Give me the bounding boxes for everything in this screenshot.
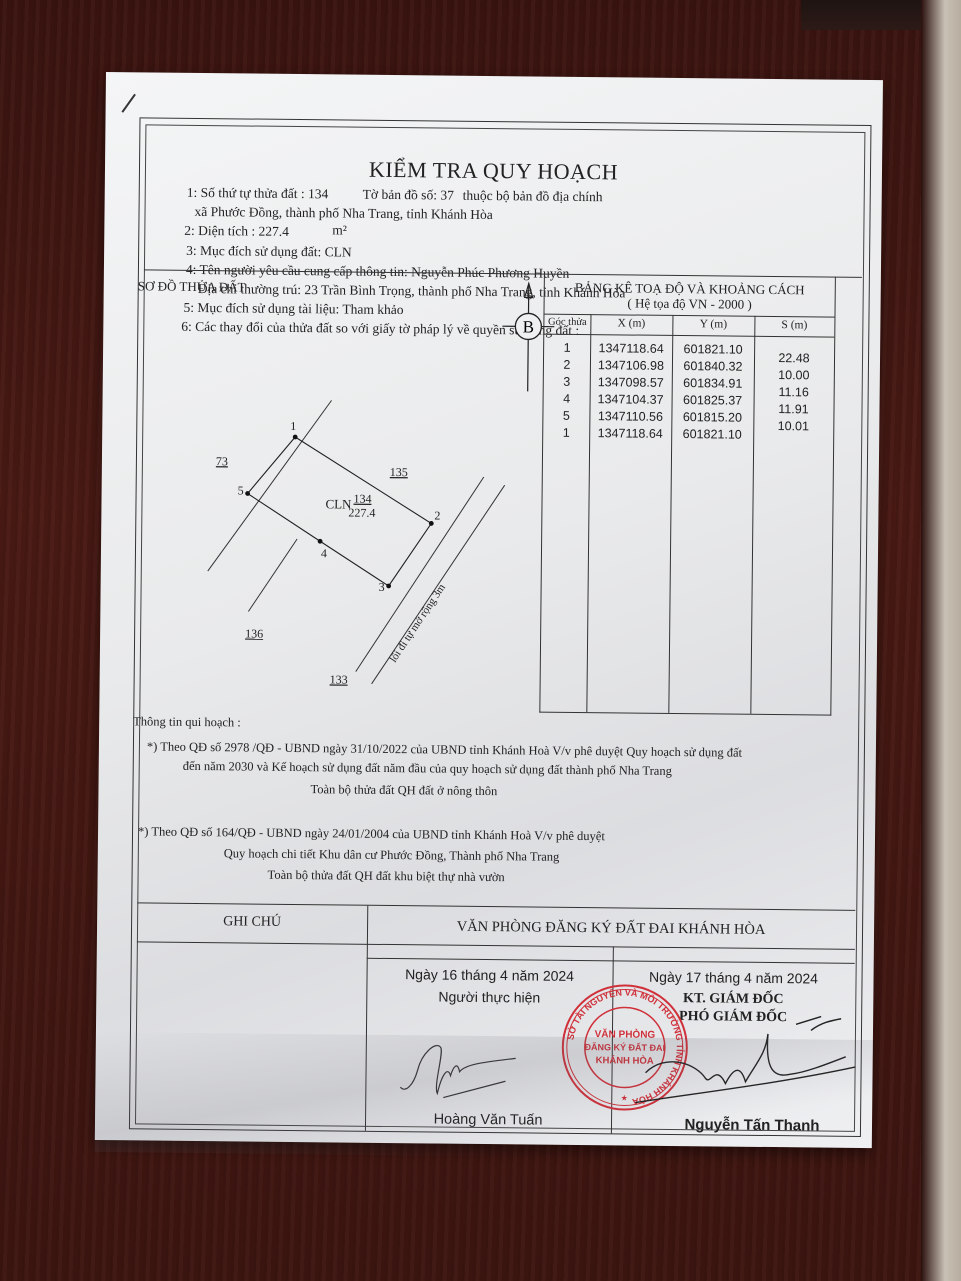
- area-unit: m²: [332, 222, 347, 238]
- distance-cell: 10.01: [753, 418, 833, 436]
- svg-text:134: 134: [353, 492, 371, 506]
- performer-signature: [395, 1035, 556, 1107]
- x-cell: 1347098.57: [590, 374, 672, 392]
- y-cell: 601840.32: [672, 358, 754, 376]
- header-corner: Góc thửa: [544, 314, 590, 332]
- svg-text:5: 5: [238, 483, 244, 497]
- pen-mark: [121, 94, 135, 113]
- svg-text:3: 3: [379, 580, 385, 594]
- planning-heading: Thông tin qui hoạch :: [133, 714, 241, 730]
- svg-text:136: 136: [245, 626, 263, 640]
- header-x: X (m): [590, 314, 672, 333]
- svg-text:4: 4: [321, 546, 327, 560]
- y-cell: 601834.91: [672, 375, 754, 393]
- performer-name: Hoàng Văn Tuấn: [365, 1111, 611, 1130]
- x-cell: 1347118.64: [590, 340, 672, 358]
- svg-text:B: B: [523, 317, 535, 336]
- svg-text:227.4: 227.4: [348, 506, 375, 520]
- table-grid: Góc thửa X (m) Y (m) S (m) 11347118.6460…: [540, 314, 834, 715]
- table-title: BẢNG KÊ TOẠ ĐỘ VÀ KHOẢNG CÁCH: [545, 280, 835, 298]
- land-use-purpose: 3: Mục đích sử dụng đất: CLN: [186, 243, 352, 261]
- svg-text:lối đi tự mở rộng 3m: lối đi tự mở rộng 3m: [387, 581, 448, 664]
- svg-text:73: 73: [216, 454, 228, 468]
- document-paper: KIỂM TRA QUY HOẠCH 1: Số thứ tự thửa đất…: [95, 72, 883, 1148]
- notes-label: GHI CHÚ: [137, 913, 367, 931]
- approver-name: Nguyễn Tấn Thanh: [631, 1116, 873, 1136]
- parcel-diagram: 1234573135136133CLN134227.4lối đi tự mở …: [190, 393, 523, 696]
- header-y: Y (m): [672, 315, 754, 334]
- planning-entry-2-result: Toàn bộ thửa đất QH đất khu biệt thự nhà…: [268, 868, 505, 885]
- coordinate-table: BẢNG KÊ TOẠ ĐỘ VÀ KHOẢNG CÁCH ( Hệ tọa đ…: [539, 274, 836, 716]
- planning-entry-1-result: Toàn bộ thửa đất QH đất ở nông thôn: [310, 782, 497, 799]
- distance-cell: 10.00: [754, 367, 834, 385]
- diagram-label: SƠ ĐỒ THỬA ĐẤT: [138, 278, 246, 295]
- corner-cell: 1: [543, 425, 589, 442]
- header-s: S (m): [754, 316, 834, 335]
- map-sheet: Tờ bản đồ số: 37: [363, 187, 454, 204]
- svg-text:2: 2: [434, 508, 440, 522]
- corner-cell: 4: [544, 391, 590, 408]
- parcel-location: xã Phước Đồng, thành phố Nha Trang, tỉnh…: [194, 204, 492, 223]
- distance-cell: 11.91: [753, 401, 833, 419]
- parcel-number: 1: Số thứ tự thửa đất : 134: [187, 185, 329, 202]
- map-set: thuộc bộ bản đồ địa chính: [463, 188, 603, 205]
- x-cell: 1347106.98: [590, 357, 672, 375]
- svg-text:135: 135: [390, 465, 408, 479]
- corner-cell: 2: [544, 357, 590, 374]
- x-cell: 1347118.64: [589, 425, 671, 443]
- table-subtitle: ( Hệ tọa độ VN - 2000 ): [545, 295, 835, 313]
- y-cell: 601815.20: [671, 409, 753, 427]
- y-cell: 601821.10: [672, 341, 754, 359]
- corner-cell: 3: [544, 374, 590, 391]
- y-cell: 601821.10: [671, 426, 753, 444]
- distance-cell: 22.48: [754, 350, 834, 368]
- x-cell: 1347110.56: [589, 408, 671, 426]
- svg-text:133: 133: [330, 672, 348, 686]
- y-cell: 601825.37: [672, 392, 754, 410]
- corner-cell: 5: [543, 408, 589, 425]
- approver-signature: [615, 992, 856, 1115]
- distance-cell: 11.16: [754, 384, 834, 402]
- corner-cell: 1: [544, 340, 590, 357]
- x-cell: 1347104.37: [590, 391, 672, 409]
- background-fabric: [921, 0, 961, 1281]
- svg-text:1: 1: [290, 419, 296, 433]
- parcel-area: 2: Diện tích : 227.4: [184, 223, 289, 240]
